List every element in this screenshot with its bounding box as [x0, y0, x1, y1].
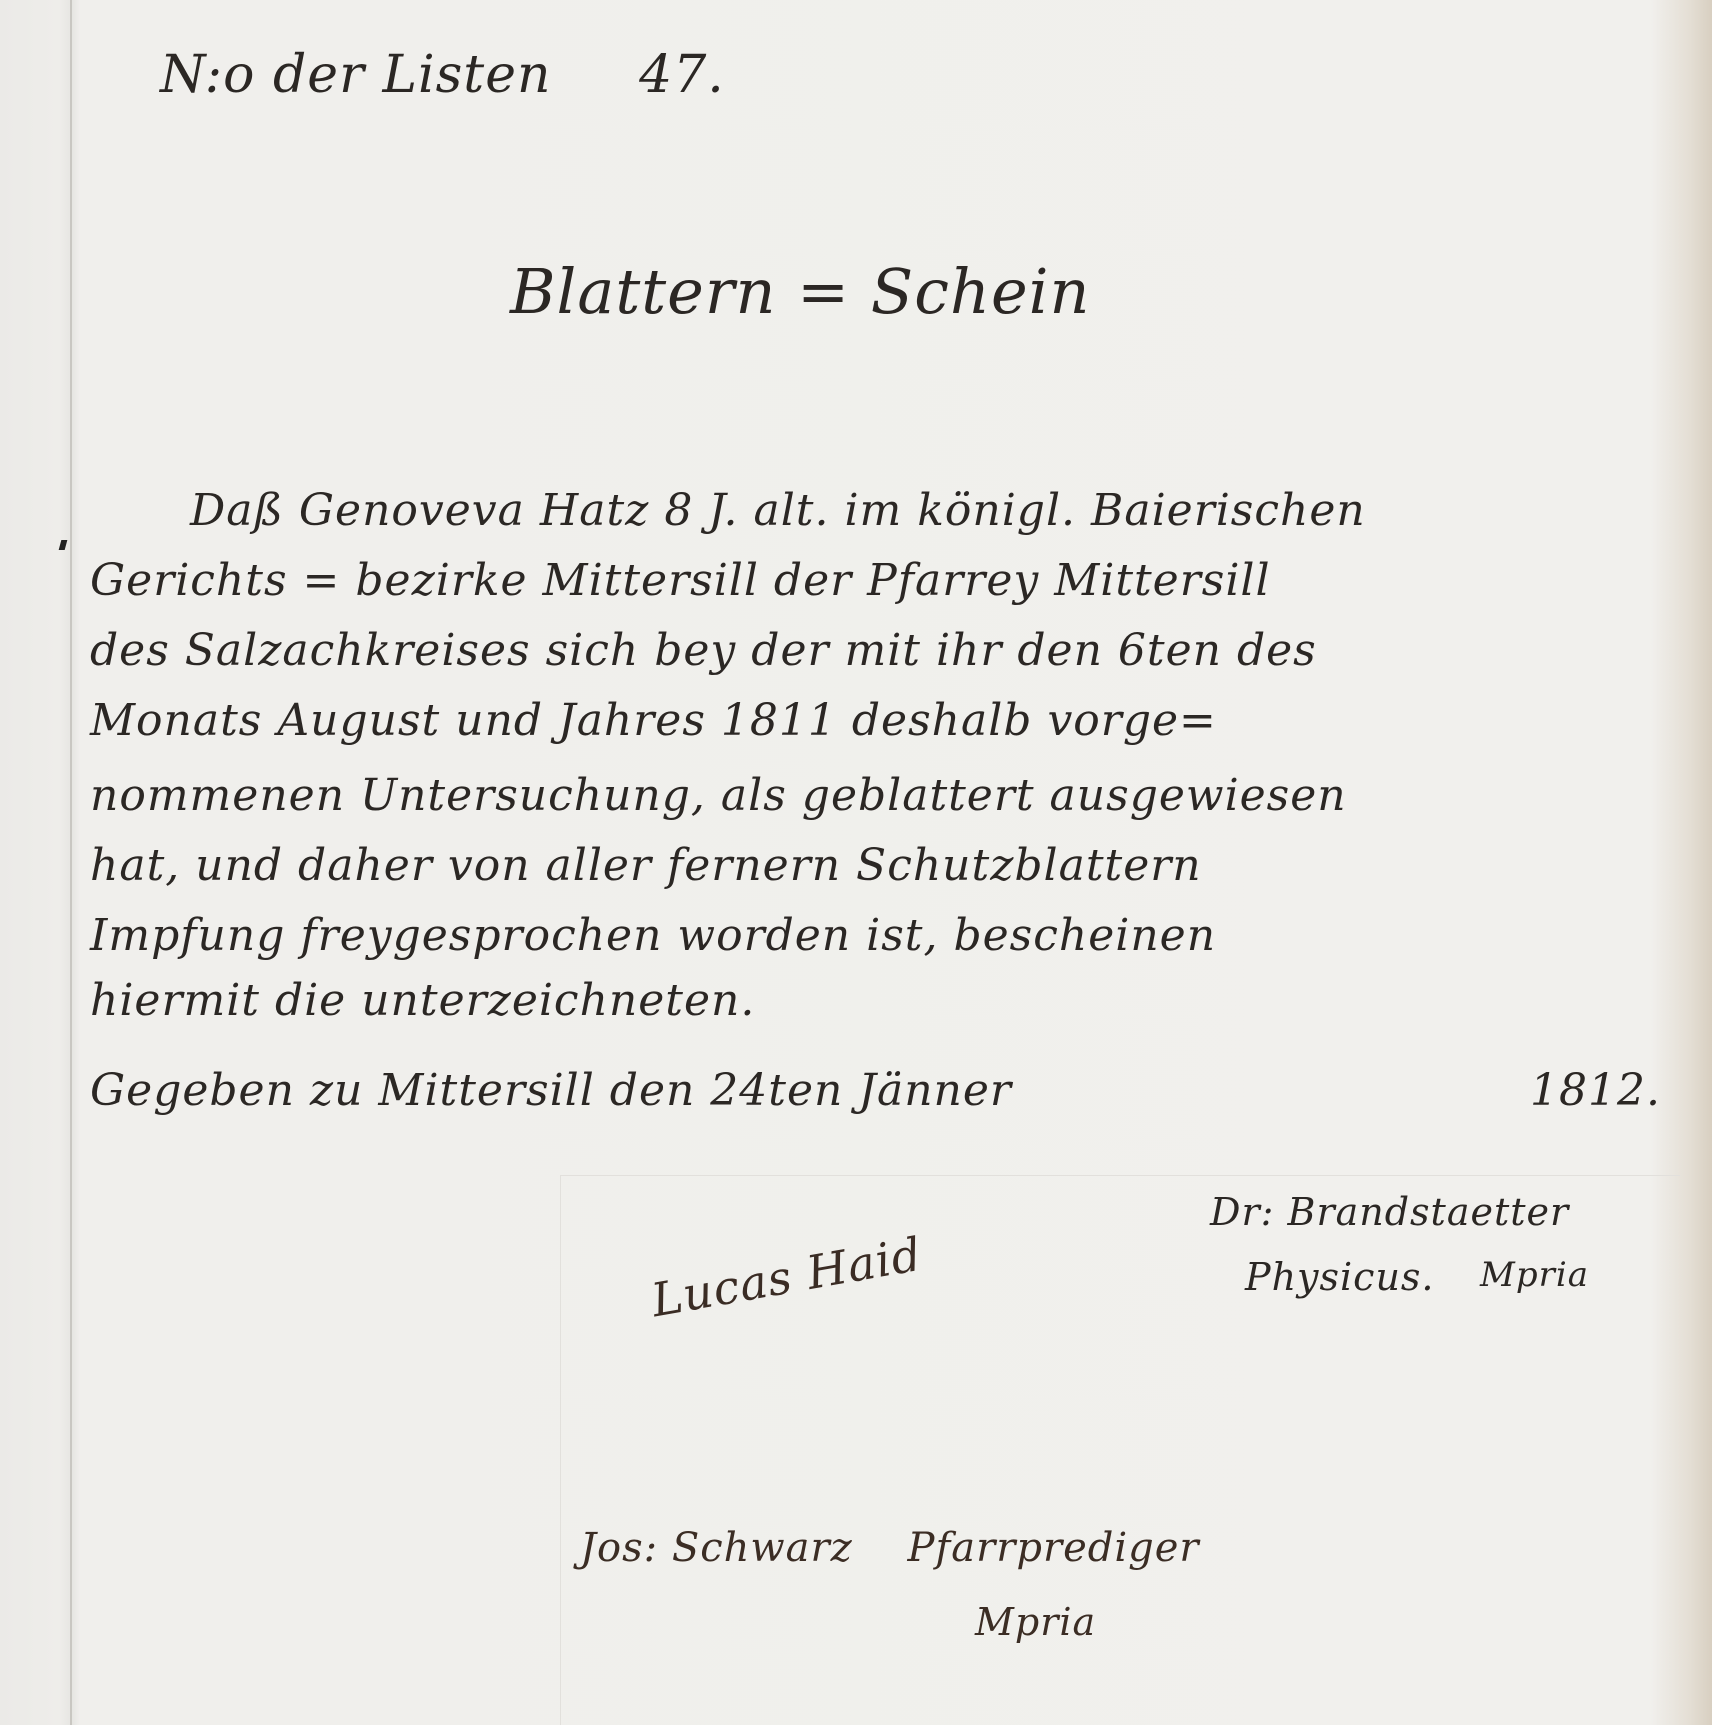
body-line-3: des Salzachkreises sich bey der mit ihr …	[90, 625, 1317, 676]
body-line-6: hat, und daher von aller fernern Schutzb…	[90, 840, 1202, 891]
date-year: 1812.	[1530, 1065, 1661, 1116]
signature-priest-title: Pfarrprediger	[908, 1525, 1200, 1571]
list-number: N:o der Listen 47.	[160, 45, 725, 105]
document-title: Blattern = Schein	[510, 255, 1090, 328]
signature-priest-name: Jos: Schwarz	[580, 1525, 853, 1571]
signature-physician-name: Dr: Brandstaetter	[1210, 1190, 1569, 1234]
signature-priest-mpria: Mpria	[975, 1600, 1096, 1644]
body-line-1: Daß Genoveva Hatz 8 J. alt. im königl. B…	[190, 485, 1366, 536]
list-number-label: N:o der Listen	[160, 45, 551, 105]
body-line-4: Monats August und Jahres 1811 deshalb vo…	[90, 695, 1217, 746]
body-line-7: Impfung freygesprochen worden ist, besch…	[90, 910, 1216, 961]
margin-ink-mark	[59, 540, 68, 550]
signature-physician-title: Physicus.	[1245, 1255, 1435, 1299]
document-page: N:o der Listen 47. Blattern = Schein Daß…	[0, 0, 1712, 1725]
date-line: Gegeben zu Mittersill den 24ten Jänner	[90, 1065, 1012, 1116]
paper-fold-vertical	[560, 1175, 561, 1725]
signature-priest: Jos: Schwarz Pfarrprediger	[580, 1525, 1200, 1571]
paper-fold-left	[70, 0, 72, 1725]
signature-physician-mpria: Mpria	[1480, 1255, 1589, 1295]
body-line-8: hiermit die unterzeichneten.	[90, 975, 755, 1026]
body-line-2: Gerichts = bezirke Mittersill der Pfarre…	[90, 555, 1271, 606]
paper-fold-horizontal	[560, 1175, 1680, 1176]
body-line-5: nommenen Untersuchung, als geblattert au…	[90, 770, 1347, 821]
list-number-value: 47.	[639, 45, 725, 105]
signature-flourish: Lucas Haid	[647, 1227, 926, 1328]
